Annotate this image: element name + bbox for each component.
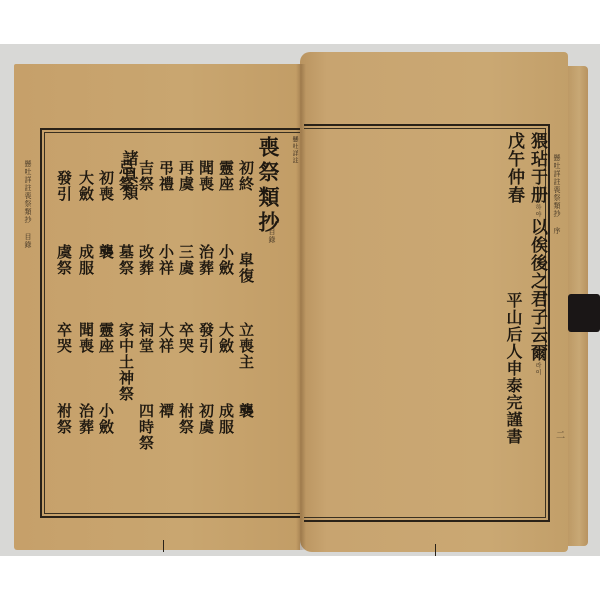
toc-entry: 靈座 bbox=[98, 322, 113, 354]
right-margin-label: 懸吐詳註喪祭類抄 序 bbox=[553, 154, 560, 235]
preface-gloss-2: 라이 bbox=[534, 362, 541, 376]
toc-entry: 小斂 bbox=[98, 403, 113, 435]
toc-entry: 吉祭 bbox=[138, 160, 153, 192]
toc-entry: 皐復 bbox=[238, 252, 253, 284]
toc-entry: 墓祭 bbox=[118, 244, 133, 276]
toc-entry: 襲 bbox=[98, 244, 113, 260]
binding-mark bbox=[163, 540, 164, 552]
toc-entry: 大斂 bbox=[78, 170, 93, 202]
toc-entry: 靈座 bbox=[218, 160, 233, 192]
toc-entry: 立喪主 bbox=[238, 322, 253, 370]
toc-entry: 聞喪 bbox=[78, 322, 93, 354]
toc-entry: 襲 bbox=[238, 403, 253, 419]
preface-main: 猥玷于册 bbox=[527, 132, 547, 204]
toc-entry: 祔祭 bbox=[178, 403, 193, 435]
toc-entry: 卒哭 bbox=[178, 322, 193, 354]
binding-mark bbox=[435, 544, 436, 556]
preface-date: 戊午仲春 bbox=[505, 132, 522, 204]
preface-main-2: 以俟後之君子云爾 bbox=[527, 218, 547, 362]
toc-entry: 聞喪 bbox=[198, 160, 213, 192]
toc-entry: 禫 bbox=[158, 403, 173, 419]
preface-text: 猥玷于册하야以俟後之君子云爾라이 bbox=[528, 132, 545, 376]
toc-entry: 小祥 bbox=[158, 244, 173, 276]
page-clip bbox=[568, 294, 600, 332]
toc-entry: 大斂 bbox=[218, 322, 233, 354]
toc-entry: 再虞 bbox=[178, 160, 193, 192]
toc-entry: 大祥 bbox=[158, 322, 173, 354]
toc-entry: 成服 bbox=[78, 244, 93, 276]
title-prefix: 懸吐詳註 bbox=[283, 136, 297, 164]
toc-entry: 祠堂 bbox=[138, 322, 153, 354]
toc-entry: 弔禮 bbox=[158, 160, 173, 192]
toc-entry: 初虞 bbox=[198, 403, 213, 435]
toc-entry: 發引 bbox=[56, 170, 71, 202]
toc-entry: 成服 bbox=[218, 403, 233, 435]
section-heading: 諸具類 bbox=[121, 150, 137, 201]
toc-entry: 虞祭 bbox=[56, 244, 71, 276]
page-title: 喪祭類抄 bbox=[258, 136, 279, 236]
toc-entry: 祔祭 bbox=[56, 403, 71, 435]
preface-signature: 平山后人申泰完謹書 bbox=[505, 292, 521, 445]
toc-entry: 四時祭 bbox=[138, 403, 153, 451]
toc-entry: 發引 bbox=[198, 322, 213, 354]
toc-entry: 治葬 bbox=[78, 403, 93, 435]
preface-gloss: 하야 bbox=[534, 204, 541, 218]
toc-entry: 初喪 bbox=[98, 170, 113, 202]
toc-entry: 家中土神祭 bbox=[118, 322, 133, 402]
toc-entry: 三虞 bbox=[178, 244, 193, 276]
toc-entry: 改葬 bbox=[138, 244, 153, 276]
page-number: 二 bbox=[554, 430, 563, 440]
toc-entry: 小斂 bbox=[218, 244, 233, 276]
left-margin-label: 懸吐詳註喪祭類抄 目錄 bbox=[24, 160, 31, 249]
title-suffix: 目錄 bbox=[268, 228, 275, 244]
toc-entry: 治葬 bbox=[198, 244, 213, 276]
toc-entry: 卒哭 bbox=[56, 322, 71, 354]
toc-entry: 初終 bbox=[238, 160, 253, 192]
